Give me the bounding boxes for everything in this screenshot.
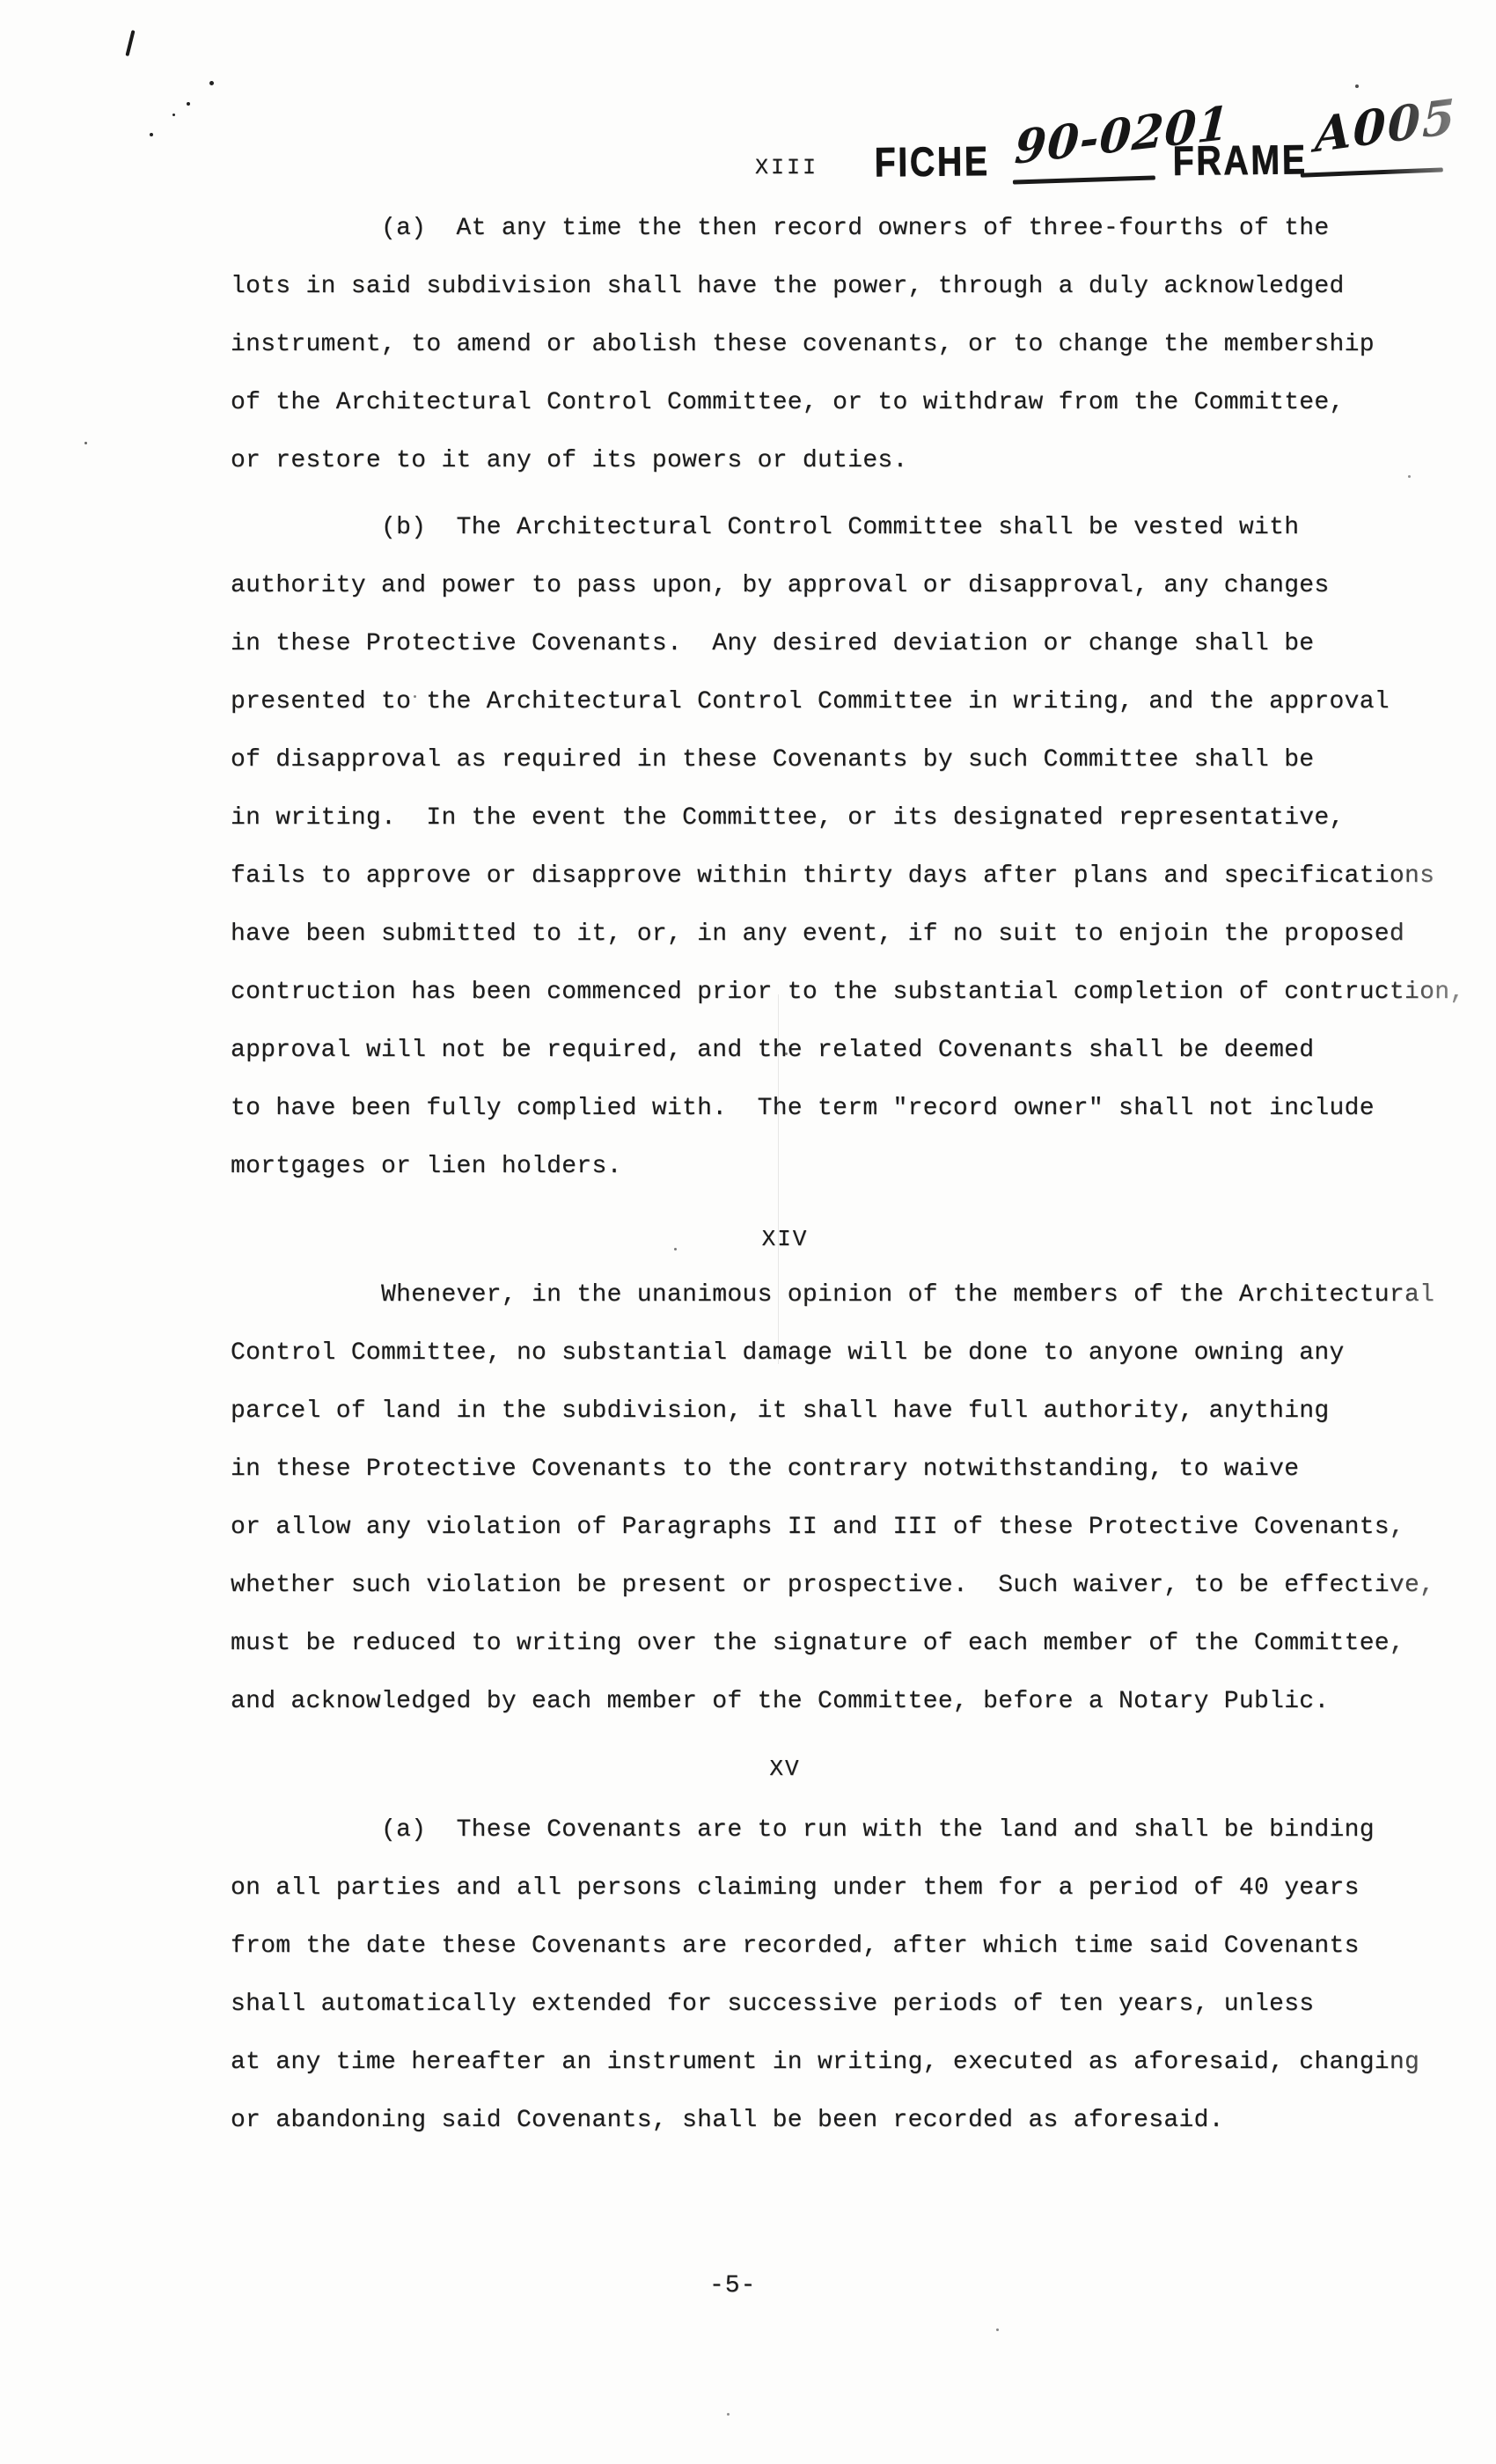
- text-line: in writing. In the event the Committee, …: [231, 789, 1480, 847]
- text-line: presented to the Architectural Control C…: [231, 673, 1480, 731]
- text-line: (a) At any time the then record owners o…: [231, 200, 1480, 258]
- text-line: from the date these Covenants are record…: [231, 1918, 1480, 1976]
- text-line: Control Committee, no substantial damage…: [231, 1324, 1480, 1382]
- text-line: lots in said subdivision shall have the …: [231, 258, 1480, 316]
- text-line: instrument, to amend or abolish these co…: [231, 316, 1480, 374]
- paragraph-xiv: Whenever, in the unanimous opinion of th…: [231, 1266, 1480, 1731]
- text-line: have been submitted to it, or, in any ev…: [231, 906, 1480, 964]
- text-line: Whenever, in the unanimous opinion of th…: [231, 1266, 1480, 1324]
- section-heading-xiv: XIV: [231, 1225, 1339, 1253]
- text-line: mortgages or lien holders.: [231, 1138, 1480, 1196]
- text-line: fails to approve or disapprove within th…: [231, 847, 1480, 906]
- paragraph-xiii-a: (a) At any time the then record owners o…: [231, 200, 1480, 490]
- fiche-frame-stamp: FICHE 90-0201 FRAME A005: [0, 0, 1496, 219]
- text-line: of the Architectural Control Committee, …: [231, 374, 1480, 432]
- frame-label: FRAME: [1172, 135, 1308, 185]
- text-line: must be reduced to writing over the sign…: [231, 1615, 1480, 1673]
- frame-blank-underline: [1301, 167, 1443, 177]
- text-line: approval will not be required, and the r…: [231, 1022, 1480, 1080]
- text-line: (b) The Architectural Control Committee …: [231, 499, 1480, 557]
- text-line: at any time hereafter an instrument in w…: [231, 2034, 1480, 2092]
- page-number: -5-: [709, 2272, 756, 2299]
- text-line: whether such violation be present or pro…: [231, 1557, 1480, 1615]
- text-line: in these Protective Covenants. Any desir…: [231, 615, 1480, 673]
- section-heading-xv: XV: [231, 1755, 1339, 1783]
- text-line: parcel of land in the subdivision, it sh…: [231, 1382, 1480, 1441]
- text-line: in these Protective Covenants to the con…: [231, 1441, 1480, 1499]
- scan-speck: [727, 2413, 730, 2416]
- text-line: and acknowledged by each member of the C…: [231, 1673, 1480, 1731]
- text-line: contruction has been commenced prior to …: [231, 964, 1480, 1022]
- fiche-label: FICHE: [874, 136, 990, 186]
- scanned-document-page: XIII FICHE 90-0201 FRAME A005 (a) At any…: [0, 0, 1496, 2464]
- fiche-blank-underline: [1013, 175, 1155, 184]
- scan-speck: [84, 442, 87, 444]
- scan-speck: [996, 2328, 999, 2331]
- text-line: or restore to it any of its powers or du…: [231, 432, 1480, 490]
- text-line: authority and power to pass upon, by app…: [231, 557, 1480, 615]
- text-line: or abandoning said Covenants, shall be b…: [231, 2092, 1480, 2150]
- text-line: to have been fully complied with. The te…: [231, 1080, 1480, 1138]
- text-line: on all parties and all persons claiming …: [231, 1859, 1480, 1918]
- text-line: of disapproval as required in these Cove…: [231, 731, 1480, 789]
- text-line: or allow any violation of Paragraphs II …: [231, 1499, 1480, 1557]
- paragraph-xiii-b: (b) The Architectural Control Committee …: [231, 499, 1480, 1196]
- paragraph-xv-a: (a) These Covenants are to run with the …: [231, 1801, 1480, 2150]
- text-line: (a) These Covenants are to run with the …: [231, 1801, 1480, 1859]
- frame-number-handwritten: A005: [1315, 87, 1457, 163]
- text-line: shall automatically extended for success…: [231, 1976, 1480, 2034]
